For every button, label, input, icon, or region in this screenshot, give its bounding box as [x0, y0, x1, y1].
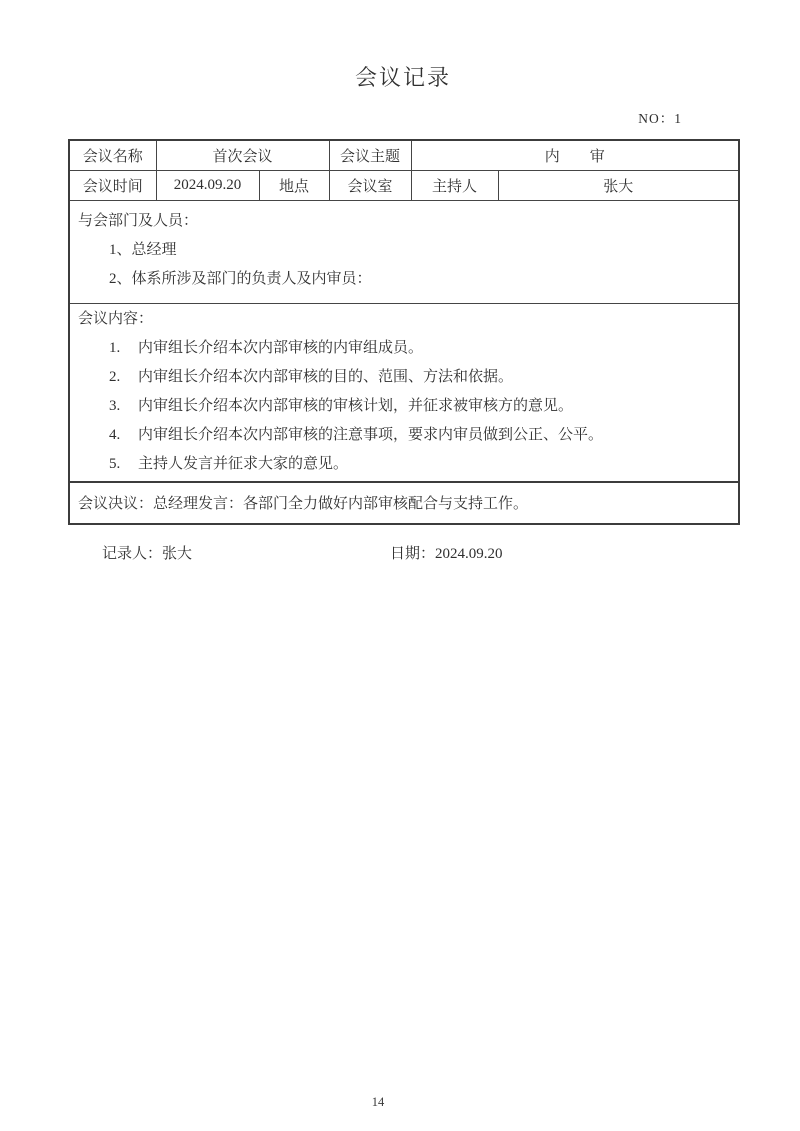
- content-item: 5.主持人发言并征求大家的意见。: [78, 454, 730, 474]
- meeting-host-label: 主持人: [411, 170, 498, 200]
- page-number: 14: [0, 1095, 756, 1110]
- attendees-item-text: 体系所涉及部门的负责人及内审员：: [132, 271, 372, 287]
- content-item-text: 内审组长介绍本次内部审核的审核计划，并征求被审核方的意见。: [138, 396, 730, 416]
- attendees-item-text: 总经理: [132, 242, 177, 258]
- doc-number: NO：1: [68, 110, 738, 127]
- meeting-record-table: 会议名称 首次会议 会议主题 内 审 会议时间 2024.09.20 地点 会议…: [68, 139, 740, 525]
- table-row-content: 会议内容： 1.内审组长介绍本次内部审核的内审组成员。 2.内审组长介绍本次内部…: [69, 303, 739, 482]
- meeting-host-value: 张大: [498, 170, 739, 200]
- content-item: 1.内审组长介绍本次内部审核的内审组成员。: [78, 338, 730, 358]
- content-item-text: 内审组长介绍本次内部审核的注意事项，要求内审员做到公正、公平。: [138, 425, 730, 445]
- attendees-item: 2、体系所涉及部门的负责人及内审员：: [109, 269, 730, 289]
- content-item-num: 3.: [109, 396, 138, 416]
- attendees-header: 与会部门及人员：: [78, 201, 730, 231]
- record-date: 日期：2024.09.20: [390, 544, 738, 564]
- attendees-item: 1、总经理: [109, 240, 730, 260]
- content-header: 会议内容：: [78, 304, 730, 329]
- content-item-text: 内审组长介绍本次内部审核的内审组成员。: [138, 338, 730, 358]
- meeting-place-value: 会议室: [329, 170, 411, 200]
- content-item-text: 内审组长介绍本次内部审核的目的、范围、方法和依据。: [138, 367, 730, 387]
- meeting-name-label: 会议名称: [69, 140, 156, 170]
- signature-line: 记录人：张大 日期：2024.09.20: [68, 544, 738, 564]
- meeting-time-value: 2024.09.20: [156, 170, 259, 200]
- recorder-name: 记录人：张大: [102, 544, 390, 564]
- content-item-text: 主持人发言并征求大家的意见。: [138, 454, 730, 474]
- content-item: 4.内审组长介绍本次内部审核的注意事项，要求内审员做到公正、公平。: [78, 425, 730, 445]
- document-body: 会议记录 NO：1 会议名称 首次会议 会议主题 内 审 会议时间: [68, 0, 738, 564]
- document-page: 会议记录 NO：1 会议名称 首次会议 会议主题 内 审 会议时间: [0, 0, 800, 1131]
- meeting-place-label: 地点: [259, 170, 329, 200]
- attendees-item-num: 1、: [109, 242, 132, 258]
- meeting-time-label: 会议时间: [69, 170, 156, 200]
- decision-cell: 会议决议：总经理发言：各部门全力做好内部审核配合与支持工作。: [69, 482, 739, 524]
- content-item-num: 1.: [109, 338, 138, 358]
- meeting-topic-value: 内 审: [411, 140, 739, 170]
- content-item-num: 5.: [109, 454, 138, 474]
- content-cell: 会议内容： 1.内审组长介绍本次内部审核的内审组成员。 2.内审组长介绍本次内部…: [69, 303, 739, 482]
- content-item-num: 4.: [109, 425, 138, 445]
- page-title: 会议记录: [68, 0, 738, 92]
- meeting-name-value: 首次会议: [156, 140, 329, 170]
- meeting-topic-label: 会议主题: [329, 140, 411, 170]
- content-item: 3.内审组长介绍本次内部审核的审核计划，并征求被审核方的意见。: [78, 396, 730, 416]
- attendees-cell: 与会部门及人员： 1、总经理 2、体系所涉及部门的负责人及内审员：: [69, 200, 739, 303]
- attendees-item-num: 2、: [109, 271, 132, 287]
- table-row-meeting-time: 会议时间 2024.09.20 地点 会议室 主持人 张大: [69, 170, 739, 200]
- table-row-meeting-name: 会议名称 首次会议 会议主题 内 审: [69, 140, 739, 170]
- table-row-decision: 会议决议：总经理发言：各部门全力做好内部审核配合与支持工作。: [69, 482, 739, 524]
- content-item-num: 2.: [109, 367, 138, 387]
- table-row-attendees: 与会部门及人员： 1、总经理 2、体系所涉及部门的负责人及内审员：: [69, 200, 739, 303]
- content-item: 2.内审组长介绍本次内部审核的目的、范围、方法和依据。: [78, 367, 730, 387]
